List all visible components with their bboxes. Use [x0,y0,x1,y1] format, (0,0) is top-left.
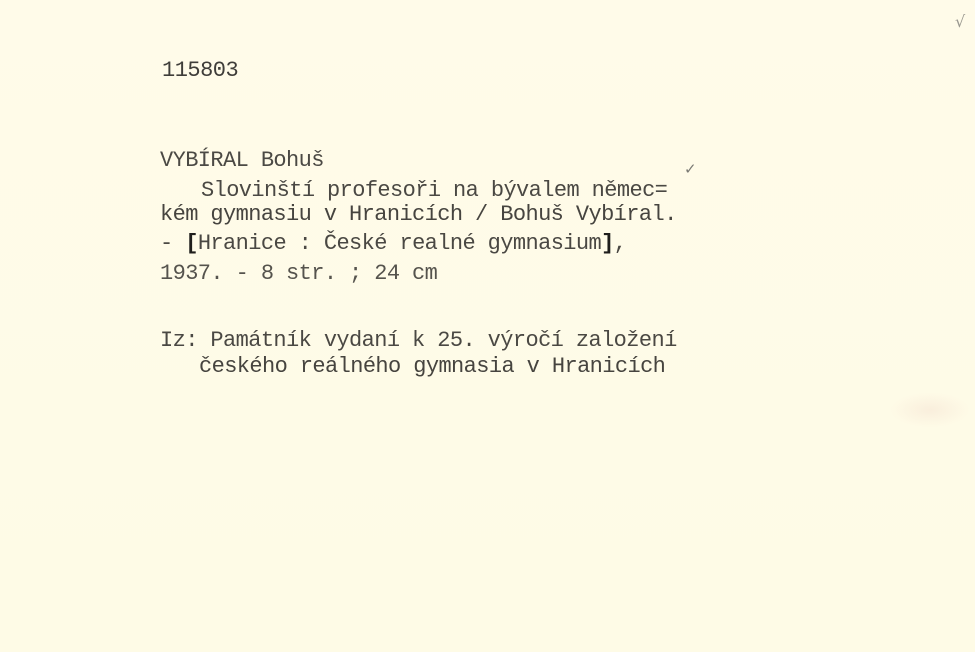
title-line-2: kém gymnasiu v Hranicích / Bohuš Vybíral… [160,204,677,226]
title-line-1: Slovinští profesoři na bývalem němec= [201,180,667,202]
source-line-2: českého reálného gymnasia v Hranicích [199,356,665,378]
close-bracket: ] [601,231,614,256]
publication-line: - [Hranice : České realné gymnasium], [160,233,626,255]
physical-description: 1937. - 8 str. ; 24 cm [160,263,437,285]
source-line-1: Iz: Památník vydaní k 25. výročí založen… [160,330,677,352]
author-heading: VYBÍRAL Bohuš [160,150,324,172]
check-mark-icon: ✓ [684,160,697,178]
call-number: 115803 [162,60,238,82]
publication-trailing: , [614,231,627,256]
place-publisher: Hranice : České realné gymnasium [198,231,601,256]
open-bracket: [ [185,231,198,256]
publication-dash: - [160,231,173,256]
catalog-card: 115803 VYBÍRAL Bohuš Slovinští profesoři… [0,0,975,652]
corner-check-icon: √ [955,12,965,31]
